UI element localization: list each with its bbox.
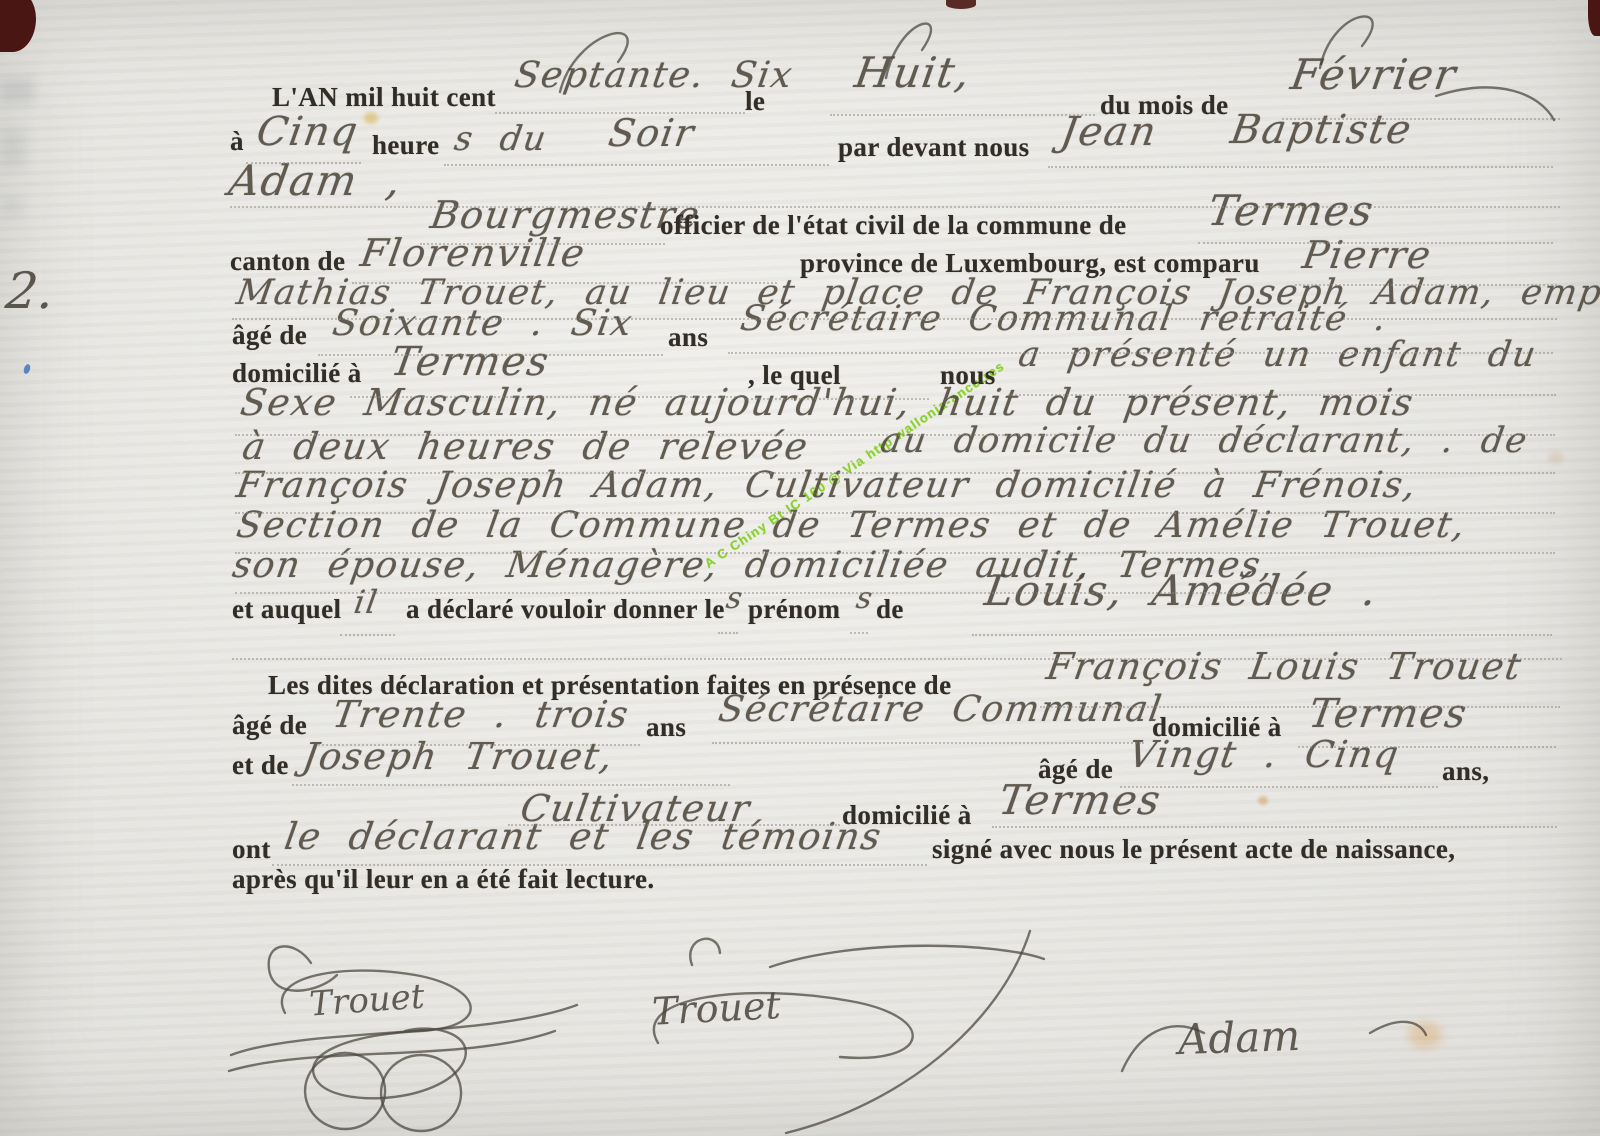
handwritten-entry: il [352,586,381,618]
dotted-rule [340,634,395,636]
signature-trouet-1: Trouet [225,935,595,1136]
handwritten-entry: Soixante . Six [330,306,635,342]
dotted-rule [850,632,868,634]
printed-form-text: et auquel [232,596,341,623]
svg-text:Trouet: Trouet [651,983,782,1034]
handwritten-entry: Sexe Masculin, né aujourd'hui, huit du p… [238,384,1417,421]
printed-form-text: ans [668,324,708,351]
signature-trouet-2: Trouet [600,925,1050,1136]
dotted-rule [235,512,1555,514]
dotted-rule [972,634,1552,636]
dotted-rule [318,354,663,356]
dotted-rule [352,282,777,284]
printed-form-text: ans, [1442,758,1489,785]
dotted-rule [350,396,740,398]
handwritten-entry: au domicile du déclarant, . de [878,424,1530,459]
handwritten-entry: a présenté un enfant du [1016,338,1539,373]
birth-act-document: 2. A C Chiny Bt IC 160 @ Via http wallon… [0,0,1600,1136]
dotted-rule [232,318,1557,320]
dotted-rule [235,552,1555,554]
handwritten-entry: s [854,584,876,614]
handwritten-entry: Louis, Amédée . [982,570,1381,612]
dotted-rule [1120,786,1438,788]
printed-form-text: de [876,596,904,623]
paper-stain [1548,452,1564,464]
dotted-rule [744,398,929,400]
dotted-rule [718,632,738,634]
printed-form-text: canton de [230,248,345,275]
pen-flourishes [0,0,1600,200]
dotted-rule [1295,284,1557,286]
dotted-rule [508,824,840,826]
printed-form-text: ans [646,714,686,741]
handwritten-entry: Vingt . Cinq [1126,736,1402,773]
signature-adam: Adam [1108,975,1438,1090]
dotted-rule [1008,394,1556,396]
handwritten-entry: François Louis Trouet [1044,648,1525,685]
handwritten-entry: Termes [1306,694,1470,734]
dotted-rule [232,658,1562,660]
dotted-rule [420,243,665,245]
printed-form-text: âgé de [232,712,307,739]
dotted-rule [272,864,927,866]
printed-form-text: officier de l'état civil de la commune d… [660,212,1127,239]
dotted-rule [235,592,1310,594]
svg-text:Adam: Adam [1173,1011,1301,1064]
printed-form-text: signé avec nous le présent acte de naiss… [932,836,1455,863]
printed-form-text: âgé de [232,322,307,349]
act-margin-number: 2. [3,262,57,320]
dotted-rule [992,826,1557,828]
dotted-rule [230,206,1560,208]
printed-form-text: prénom [748,596,840,623]
printed-form-text: après qu'il leur en a été fait lecture. [232,866,655,893]
handwritten-entry: Sécrétaire Communal [716,692,1165,728]
handwritten-entry: Termes [388,342,552,382]
dotted-rule [1040,706,1560,708]
printed-form-text: a déclaré vouloir donner le [406,596,725,623]
printed-form-text: ont [232,836,271,863]
svg-text:Trouet: Trouet [308,977,426,1025]
printed-form-text: et de [232,752,289,779]
handwritten-entry: s [724,584,746,614]
dotted-rule [318,744,640,746]
dotted-rule [235,434,1555,436]
dotted-rule [235,472,1555,474]
dotted-rule [712,742,1144,744]
blue-ink-dot [23,363,32,374]
dotted-rule [292,784,730,786]
dotted-rule [1298,746,1556,748]
dotted-rule [728,352,1553,354]
handwritten-entry: Trente . trois [330,696,632,733]
handwritten-entry: Florenville [358,234,589,272]
dotted-rule [1198,242,1553,244]
paper-stain [1258,796,1268,805]
